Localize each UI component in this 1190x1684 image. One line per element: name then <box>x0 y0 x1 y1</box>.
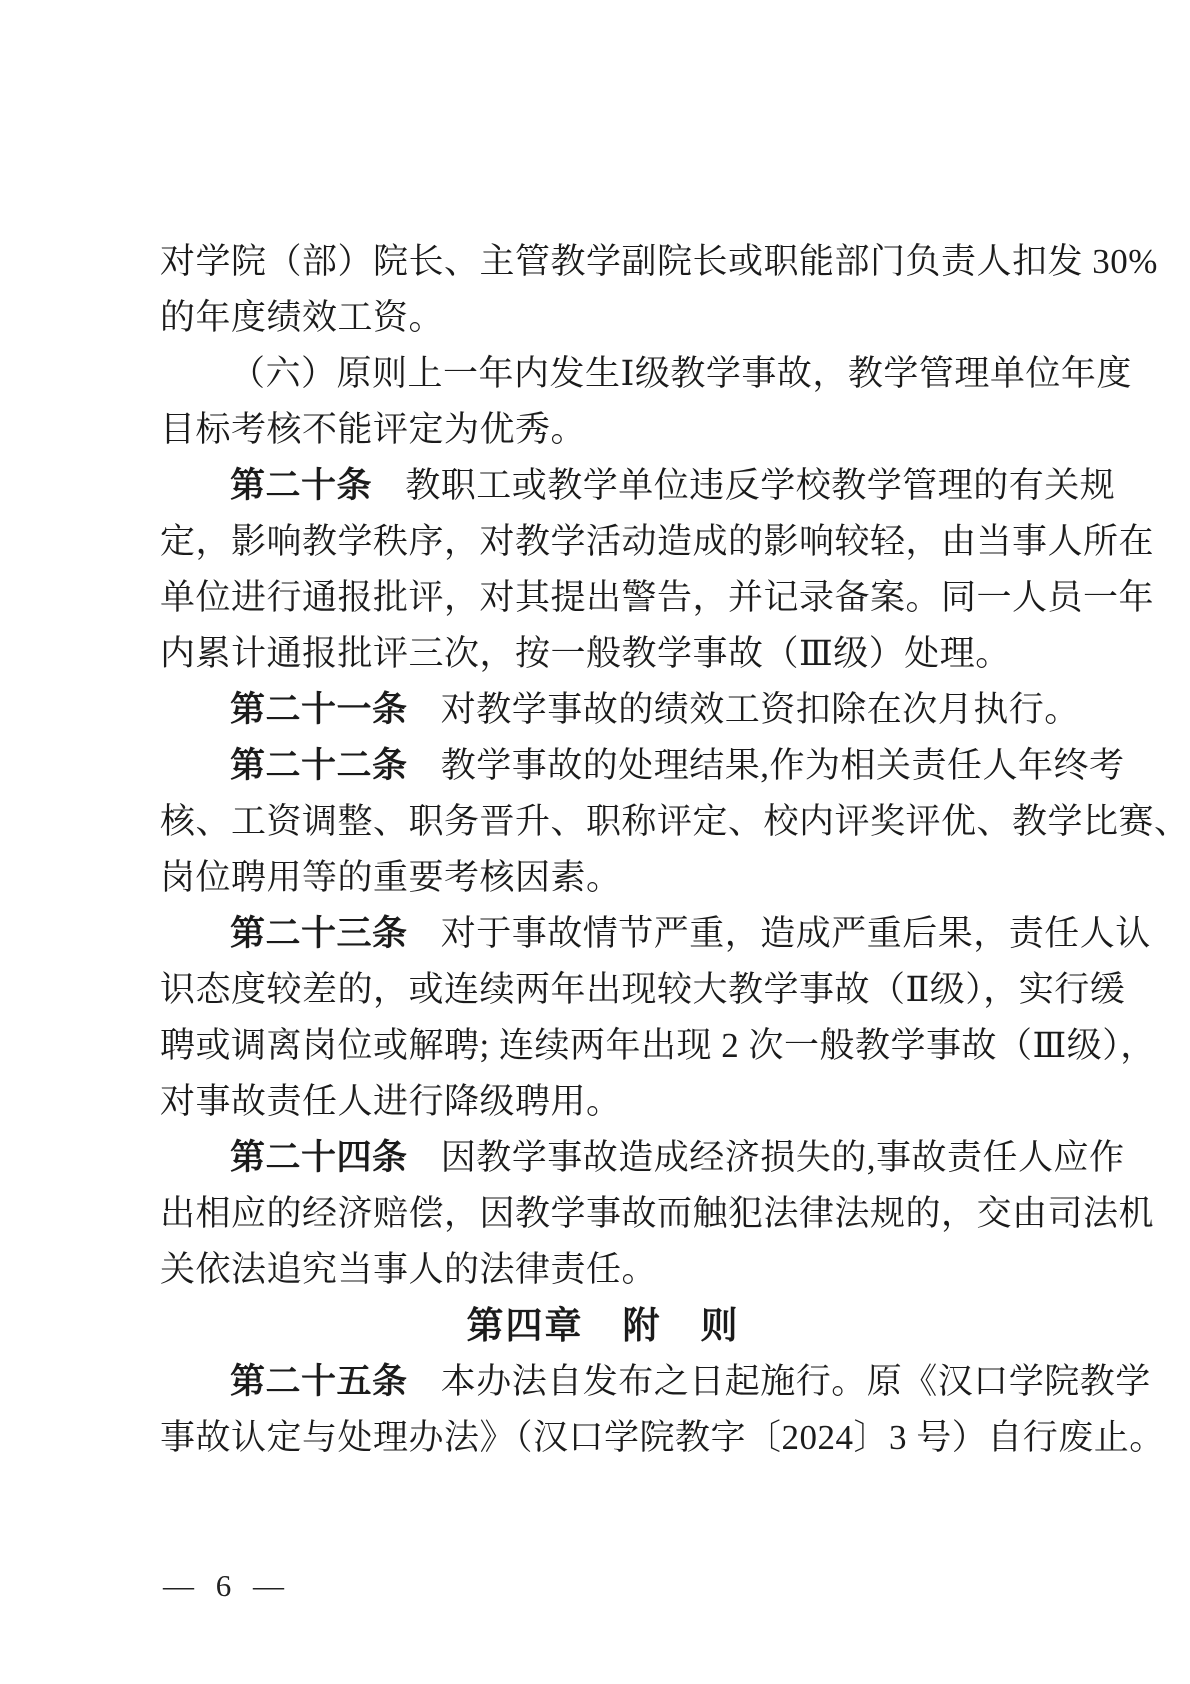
text-line: 核、工资调整、职务晋升、职称评定、校内评奖评优、教学比赛、 <box>160 794 1046 850</box>
text-line: 关依法追究当事人的法律责任。 <box>160 1242 1046 1298</box>
line-text: 对事故责任人进行降级聘用。 <box>160 1082 622 1121</box>
line-text: 因教学事故造成经济损失的,事故责任人应作 <box>441 1138 1125 1177</box>
text-line: 内累计通报批评三次，按一般教学事故（Ⅲ级）处理。 <box>160 626 1046 682</box>
text-line: 岗位聘用等的重要考核因素。 <box>160 850 1046 906</box>
page-number: — 6 — <box>163 1566 291 1606</box>
line-text: 核、工资调整、职务晋升、职称评定、校内评奖评优、教学比赛、 <box>160 802 1190 841</box>
line-text: 本办法自发布之日起施行。原《汉口学院教学 <box>441 1362 1151 1401</box>
line-text: 出相应的经济赔偿，因教学事故而触犯法律法规的，交由司法机 <box>160 1194 1154 1233</box>
line-text: （六）原则上一年内发生Ⅰ级教学事故，教学管理单位年度 <box>230 354 1132 393</box>
line-text: 聘或调离岗位或解聘; 连续两年出现 2 次一般教学事故（Ⅲ级）， <box>160 1026 1156 1065</box>
line-text: 的年度绩效工资。 <box>160 298 444 337</box>
text-line: 的年度绩效工资。 <box>160 290 1046 346</box>
text-line: 目标考核不能评定为优秀。 <box>160 402 1046 458</box>
article-number: 第二十二条 <box>230 746 408 785</box>
line-text: 岗位聘用等的重要考核因素。 <box>160 858 622 897</box>
line-text: 教职工或教学单位违反学校教学管理的有关规 <box>405 466 1115 505</box>
line-text: 单位进行通报批评，对其提出警告，并记录备案。同一人员一年 <box>160 578 1154 617</box>
text-line: 出相应的经济赔偿，因教学事故而触犯法律法规的，交由司法机 <box>160 1186 1046 1242</box>
line-text: 内累计通报批评三次，按一般教学事故（Ⅲ级）处理。 <box>160 634 1011 673</box>
text-line: 第二十三条对于事故情节严重，造成严重后果，责任人认 <box>160 906 1046 962</box>
line-text: 对教学事故的绩效工资扣除在次月执行。 <box>441 690 1080 729</box>
document-page: 对学院（部）院长、主管教学副院长或职能部门负责人扣发 30%的年度绩效工资。（六… <box>0 0 1190 1684</box>
article-number: 第二十条 <box>230 466 372 505</box>
article-number: 第二十五条 <box>230 1362 408 1401</box>
article-number: 第二十四条 <box>230 1138 408 1177</box>
text-line: 对学院（部）院长、主管教学副院长或职能部门负责人扣发 30% <box>160 234 1046 290</box>
text-line: 第二十四条因教学事故造成经济损失的,事故责任人应作 <box>160 1130 1046 1186</box>
line-text: 教学事故的处理结果,作为相关责任人年终考 <box>441 746 1125 785</box>
line-text: 关依法追究当事人的法律责任。 <box>160 1250 657 1289</box>
text-line: 事故认定与处理办法》（汉口学院教字〔2024〕3 号）自行废止。 <box>160 1410 1046 1466</box>
text-line: 第二十五条本办法自发布之日起施行。原《汉口学院教学 <box>160 1354 1046 1410</box>
article-number: 第二十三条 <box>230 914 408 953</box>
line-text: 对学院（部）院长、主管教学副院长或职能部门负责人扣发 30% <box>160 242 1158 281</box>
line-text: 第四章 附 则 <box>467 1305 740 1346</box>
text-line: 定，影响教学秩序，对教学活动造成的影响较轻，由当事人所在 <box>160 514 1046 570</box>
text-line: 单位进行通报批评，对其提出警告，并记录备案。同一人员一年 <box>160 570 1046 626</box>
chapter-heading: 第四章 附 则 <box>160 1298 1046 1354</box>
text-line: （六）原则上一年内发生Ⅰ级教学事故，教学管理单位年度 <box>160 346 1046 402</box>
text-line: 对事故责任人进行降级聘用。 <box>160 1074 1046 1130</box>
line-text: 目标考核不能评定为优秀。 <box>160 410 586 449</box>
text-line: 聘或调离岗位或解聘; 连续两年出现 2 次一般教学事故（Ⅲ级）， <box>160 1018 1046 1074</box>
article-number: 第二十一条 <box>230 690 408 729</box>
line-text: 识态度较差的，或连续两年出现较大教学事故（Ⅱ级），实行缓 <box>160 970 1125 1009</box>
text-line: 识态度较差的，或连续两年出现较大教学事故（Ⅱ级），实行缓 <box>160 962 1046 1018</box>
text-line: 第二十条教职工或教学单位违反学校教学管理的有关规 <box>160 458 1046 514</box>
page-body-text: 对学院（部）院长、主管教学副院长或职能部门负责人扣发 30%的年度绩效工资。（六… <box>160 234 1046 1466</box>
line-text: 定，影响教学秩序，对教学活动造成的影响较轻，由当事人所在 <box>160 522 1154 561</box>
line-text: 对于事故情节严重，造成严重后果，责任人认 <box>441 914 1151 953</box>
text-line: 第二十一条对教学事故的绩效工资扣除在次月执行。 <box>160 682 1046 738</box>
text-line: 第二十二条教学事故的处理结果,作为相关责任人年终考 <box>160 738 1046 794</box>
line-text: 事故认定与处理办法》（汉口学院教字〔2024〕3 号）自行废止。 <box>160 1418 1165 1457</box>
